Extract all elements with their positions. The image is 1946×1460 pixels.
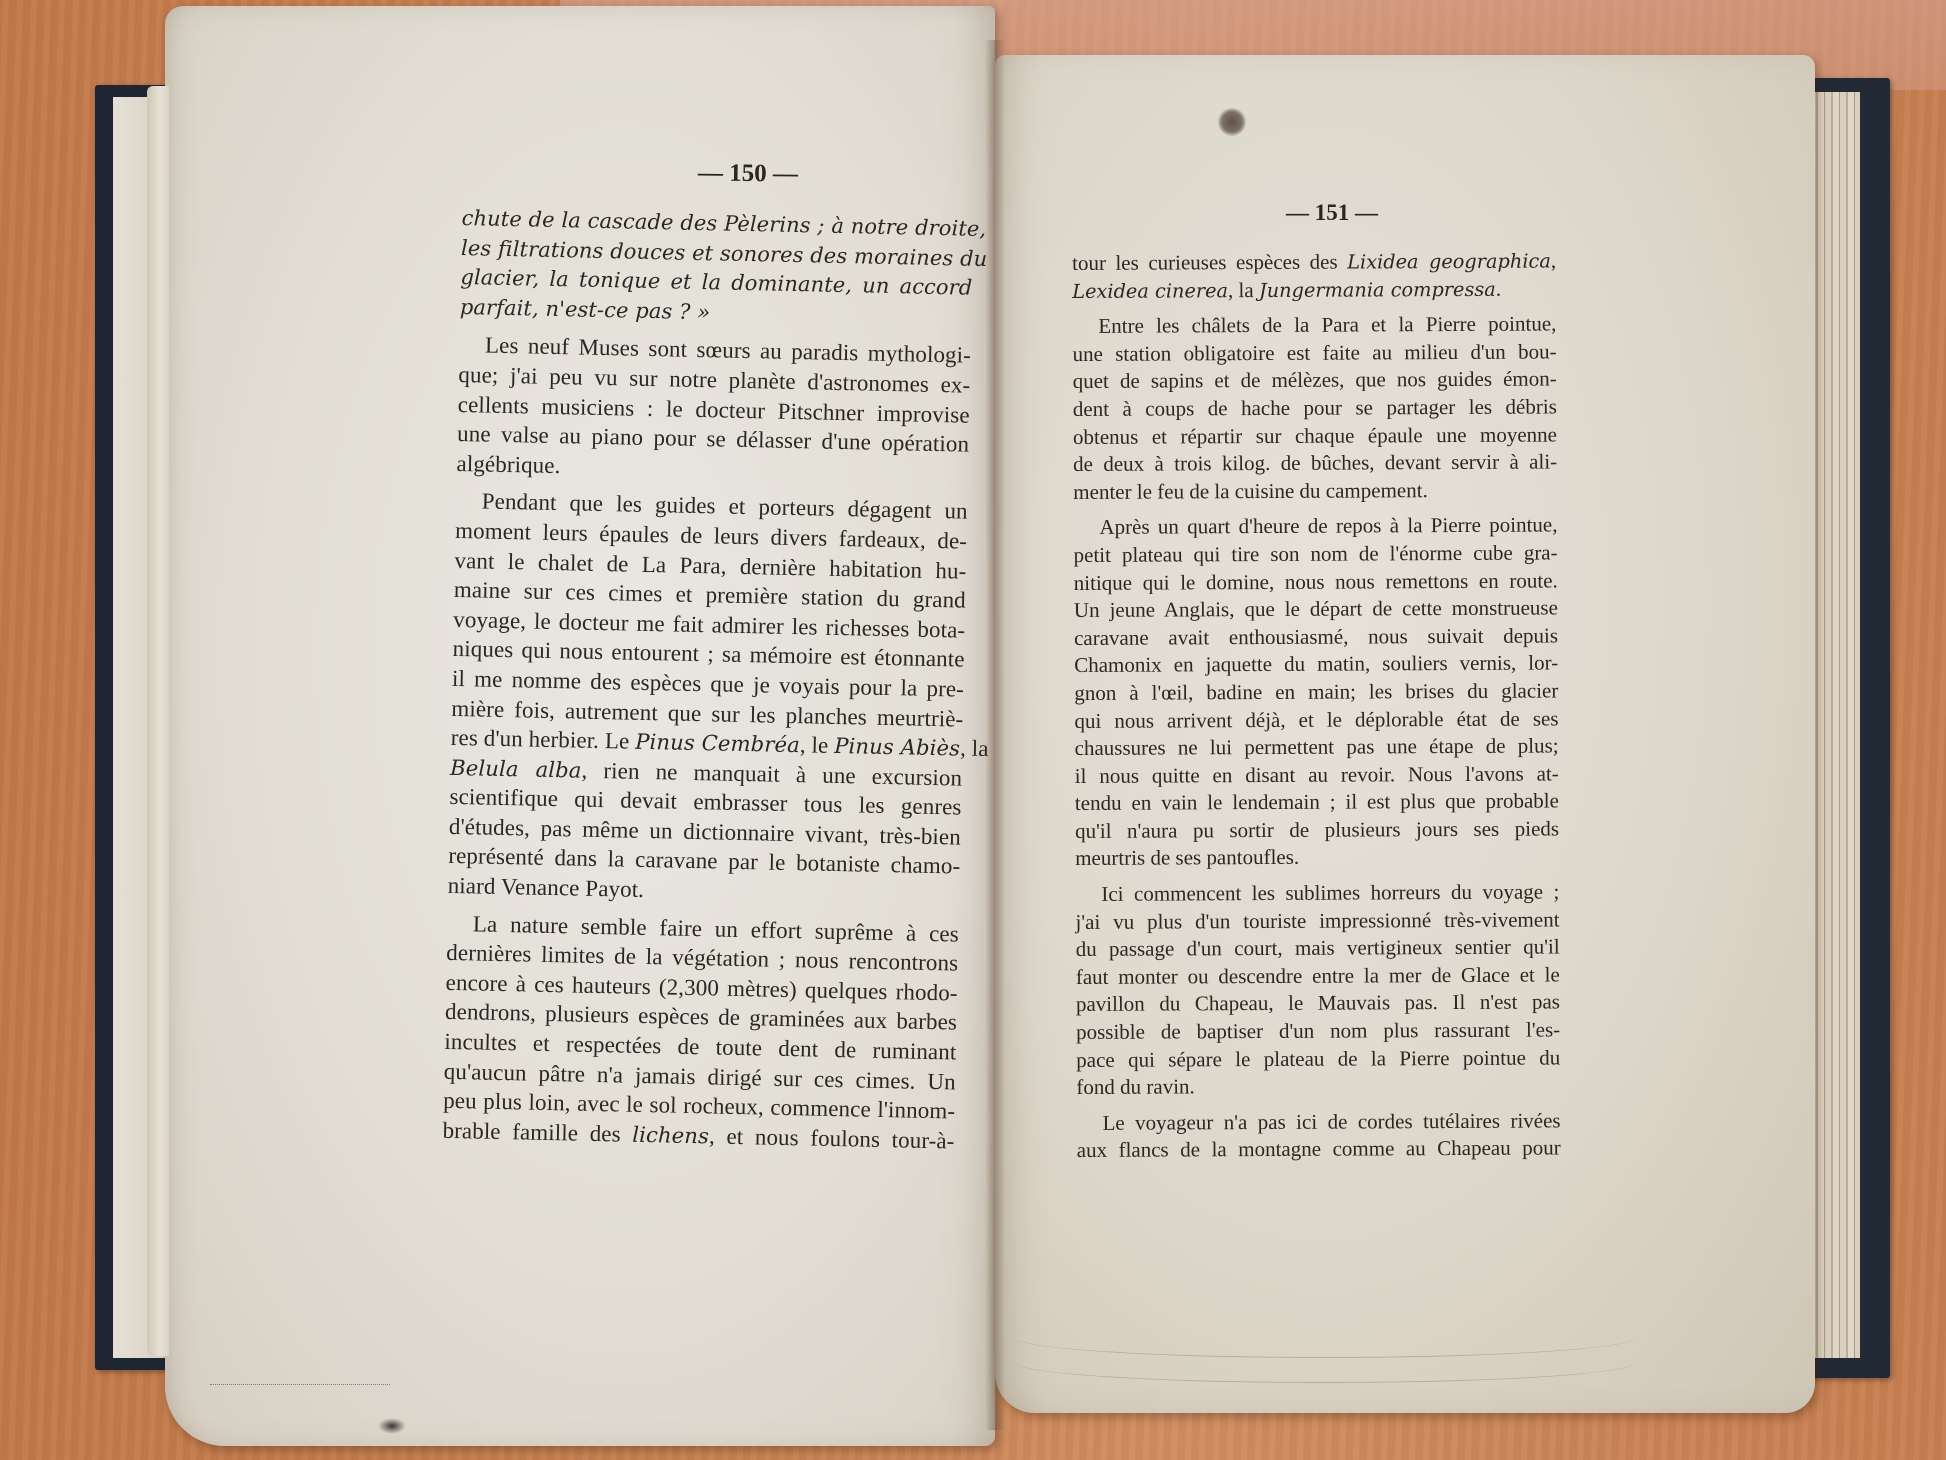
book-gutter [985, 40, 1005, 1430]
text-line: gnon à l'œil, badine en main; les brises… [1074, 677, 1558, 707]
text-line: il nous quitte en disant au revoir. Nous… [1075, 760, 1559, 790]
page-number-right: — 151 — [1286, 200, 1378, 226]
text-line: qui nous arrivent déjà, et le déplorable… [1074, 705, 1558, 735]
right-page-text: tour les curieuses espèces des Lixidea g… [1072, 247, 1561, 1165]
text-line: une station obligatoire est faite au mil… [1072, 338, 1556, 368]
text-line: dent à coups de hache pour se partager l… [1073, 393, 1557, 423]
text-line: qu'il n'aura pu sortir de plusieurs jour… [1075, 815, 1559, 845]
text-line: j'ai vu plus d'un touriste impressionné … [1075, 906, 1559, 936]
text-line: quet de sapins et de mélèzes, que nos gu… [1073, 366, 1557, 396]
text-line: meurtris de ses pantoufles. [1075, 843, 1559, 873]
text-line: Chamonix en jaquette du matin, souliers … [1074, 650, 1558, 680]
left-page-text: chute de la cascade des Pèlerins ; à not… [442, 204, 974, 1156]
text-line: caravane avait enthousiasmé, nous suivai… [1074, 622, 1558, 652]
text-line: faut monter ou descendre entre la mer de… [1076, 961, 1560, 991]
text-line: Entre les châlets de la Para et la Pierr… [1072, 311, 1556, 341]
text-line: menter le feu de la cuisine du campement… [1073, 476, 1557, 506]
text-line: pace qui sépare le plateau de la Pierre … [1076, 1044, 1560, 1074]
text-line: tour les curieuses espèces des Lixidea g… [1072, 247, 1556, 277]
pencil-mark [210, 1378, 390, 1385]
text-line: tendu en vain le lendemain ; il est plus… [1075, 788, 1559, 818]
text-line: aux flancs de la montagne comme au Chape… [1077, 1135, 1561, 1165]
text-line: du passage d'un court, mais vertigineux … [1076, 934, 1560, 964]
text-line: Après un quart d'heure de repos à la Pie… [1073, 512, 1557, 542]
text-line: de deux à trois kilog. de bûches, devant… [1073, 449, 1557, 479]
text-line: Le voyageur n'a pas ici de cordes tutéla… [1077, 1107, 1561, 1137]
page-curl-line [1015, 1342, 1635, 1383]
text-line: fond du ravin. [1076, 1072, 1560, 1102]
text-line: Un jeune Anglais, que le départ de cette… [1074, 595, 1558, 625]
text-line: pavillon du Chapeau, le Mauvais pas. Il … [1076, 989, 1560, 1019]
ink-spot [1218, 108, 1246, 136]
dirt-smudge [378, 1418, 406, 1434]
text-line: Ici commencent les sublimes horreurs du … [1075, 879, 1559, 909]
text-line: chaussures ne lui permettent pas une éta… [1075, 733, 1559, 763]
text-line: nitique qui le domine, nous nous remetto… [1074, 567, 1558, 597]
page-number-left: — 150 — [698, 159, 798, 188]
text-line: petit plateau qui tire son nom de l'énor… [1074, 539, 1558, 569]
text-line: obtenus et répartir sur chaque épaule un… [1073, 421, 1557, 451]
text-line: Lexidea cinerea, la Jungermania compress… [1072, 275, 1556, 305]
text-line: possible de baptiser d'un nom plus rassu… [1076, 1016, 1560, 1046]
